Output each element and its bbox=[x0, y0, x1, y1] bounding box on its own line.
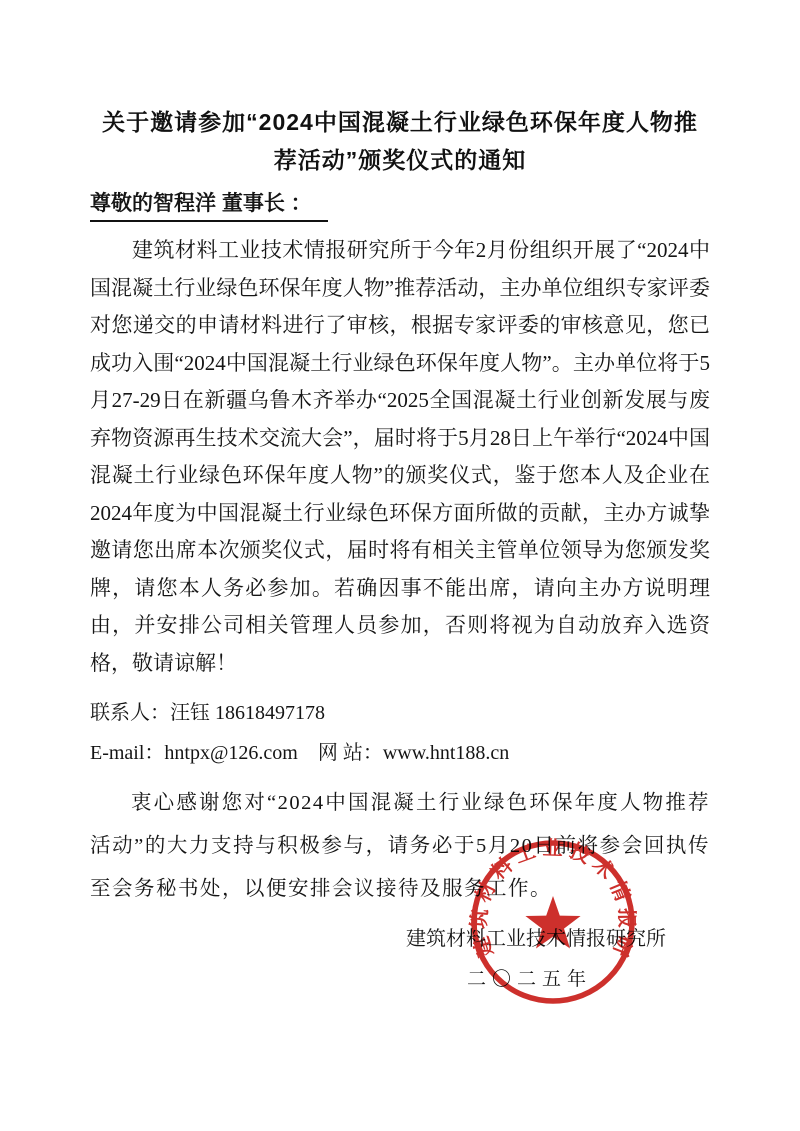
document-page: 关于邀请参加“2024中国混凝土行业绿色环保年度人物推 荐活动”颁奖仪式的通知 … bbox=[0, 0, 800, 1131]
document-title: 关于邀请参加“2024中国混凝土行业绿色环保年度人物推 荐活动”颁奖仪式的通知 bbox=[90, 103, 710, 179]
document-content: 关于邀请参加“2024中国混凝土行业绿色环保年度人物推 荐活动”颁奖仪式的通知 … bbox=[0, 0, 800, 993]
body-paragraph: 建筑材料工业技术情报研究所于今年2月份组织开展了“2024中国混凝土行业绿色环保… bbox=[90, 232, 710, 682]
signature-block: 建筑材料工业技术情报研究所 二〇二五年 bbox=[90, 925, 710, 993]
closing-paragraph: 衷心感谢您对“2024中国混凝土行业绿色环保年度人物推荐活动”的大力支持与积极参… bbox=[90, 782, 710, 911]
salutation: 尊敬的智程洋 董事长 ： bbox=[90, 189, 710, 222]
signature-date: 二〇二五年 bbox=[90, 967, 710, 993]
title-line-1: 关于邀请参加“2024中国混凝土行业绿色环保年度人物推 bbox=[90, 103, 710, 141]
email-website-line: E-mail：hntpx@126.com 网 站：www.hnt188.cn bbox=[90, 738, 710, 768]
salutation-text: 尊敬的智程洋 董事长 ： bbox=[90, 189, 328, 222]
signature-organization: 建筑材料工业技术情报研究所 bbox=[90, 925, 710, 953]
title-line-2: 荐活动”颁奖仪式的通知 bbox=[90, 141, 710, 179]
contact-line: 联系人：汪钰 18618497178 bbox=[90, 698, 710, 728]
